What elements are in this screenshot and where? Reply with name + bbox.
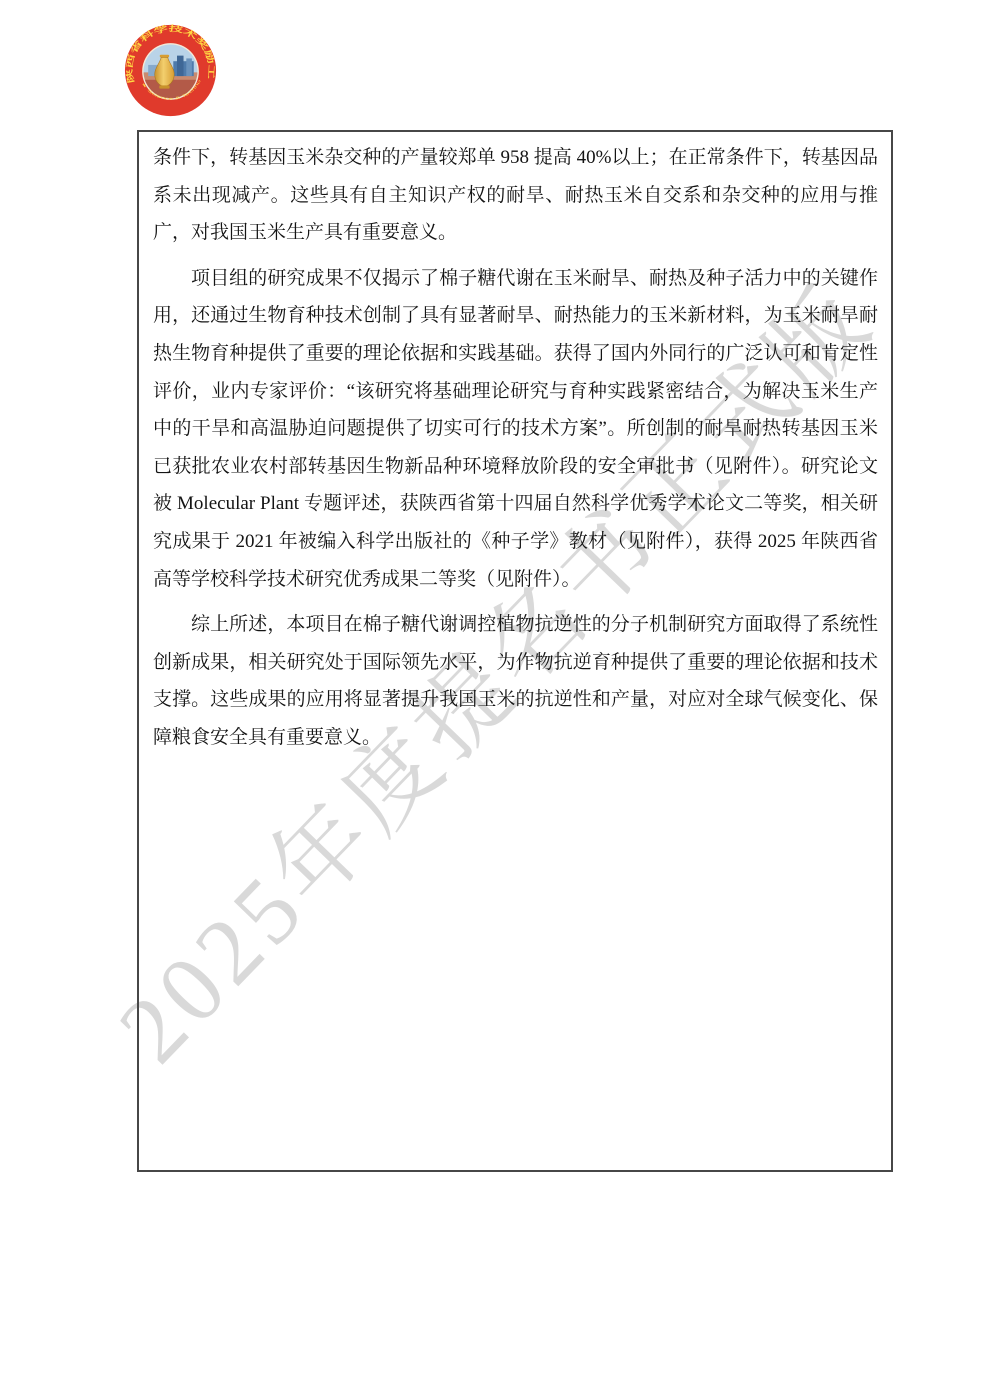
document-page: 陕西省科学技术奖励工作办公室 ★ Science & Technology ★ … [0, 0, 990, 1399]
document-content-box: 条件下，转基因玉米杂交种的产量较郑单 958 提高 40%以上；在正常条件下，转… [137, 130, 893, 1172]
document-paragraph: 条件下，转基因玉米杂交种的产量较郑单 958 提高 40%以上；在正常条件下，转… [153, 139, 878, 252]
document-paragraph: 综上所述，本项目在棉子糖代谢调控植物抗逆性的分子机制研究方面取得了系统性创新成果… [153, 606, 878, 756]
document-paragraph: 项目组的研究成果不仅揭示了棉子糖代谢在玉米耐旱、耐热及种子活力中的关键作用，还通… [153, 260, 878, 598]
award-office-seal: 陕西省科学技术奖励工作办公室 ★ Science & Technology ★ [124, 24, 217, 117]
seal-graphic: 陕西省科学技术奖励工作办公室 ★ Science & Technology ★ [124, 24, 217, 117]
